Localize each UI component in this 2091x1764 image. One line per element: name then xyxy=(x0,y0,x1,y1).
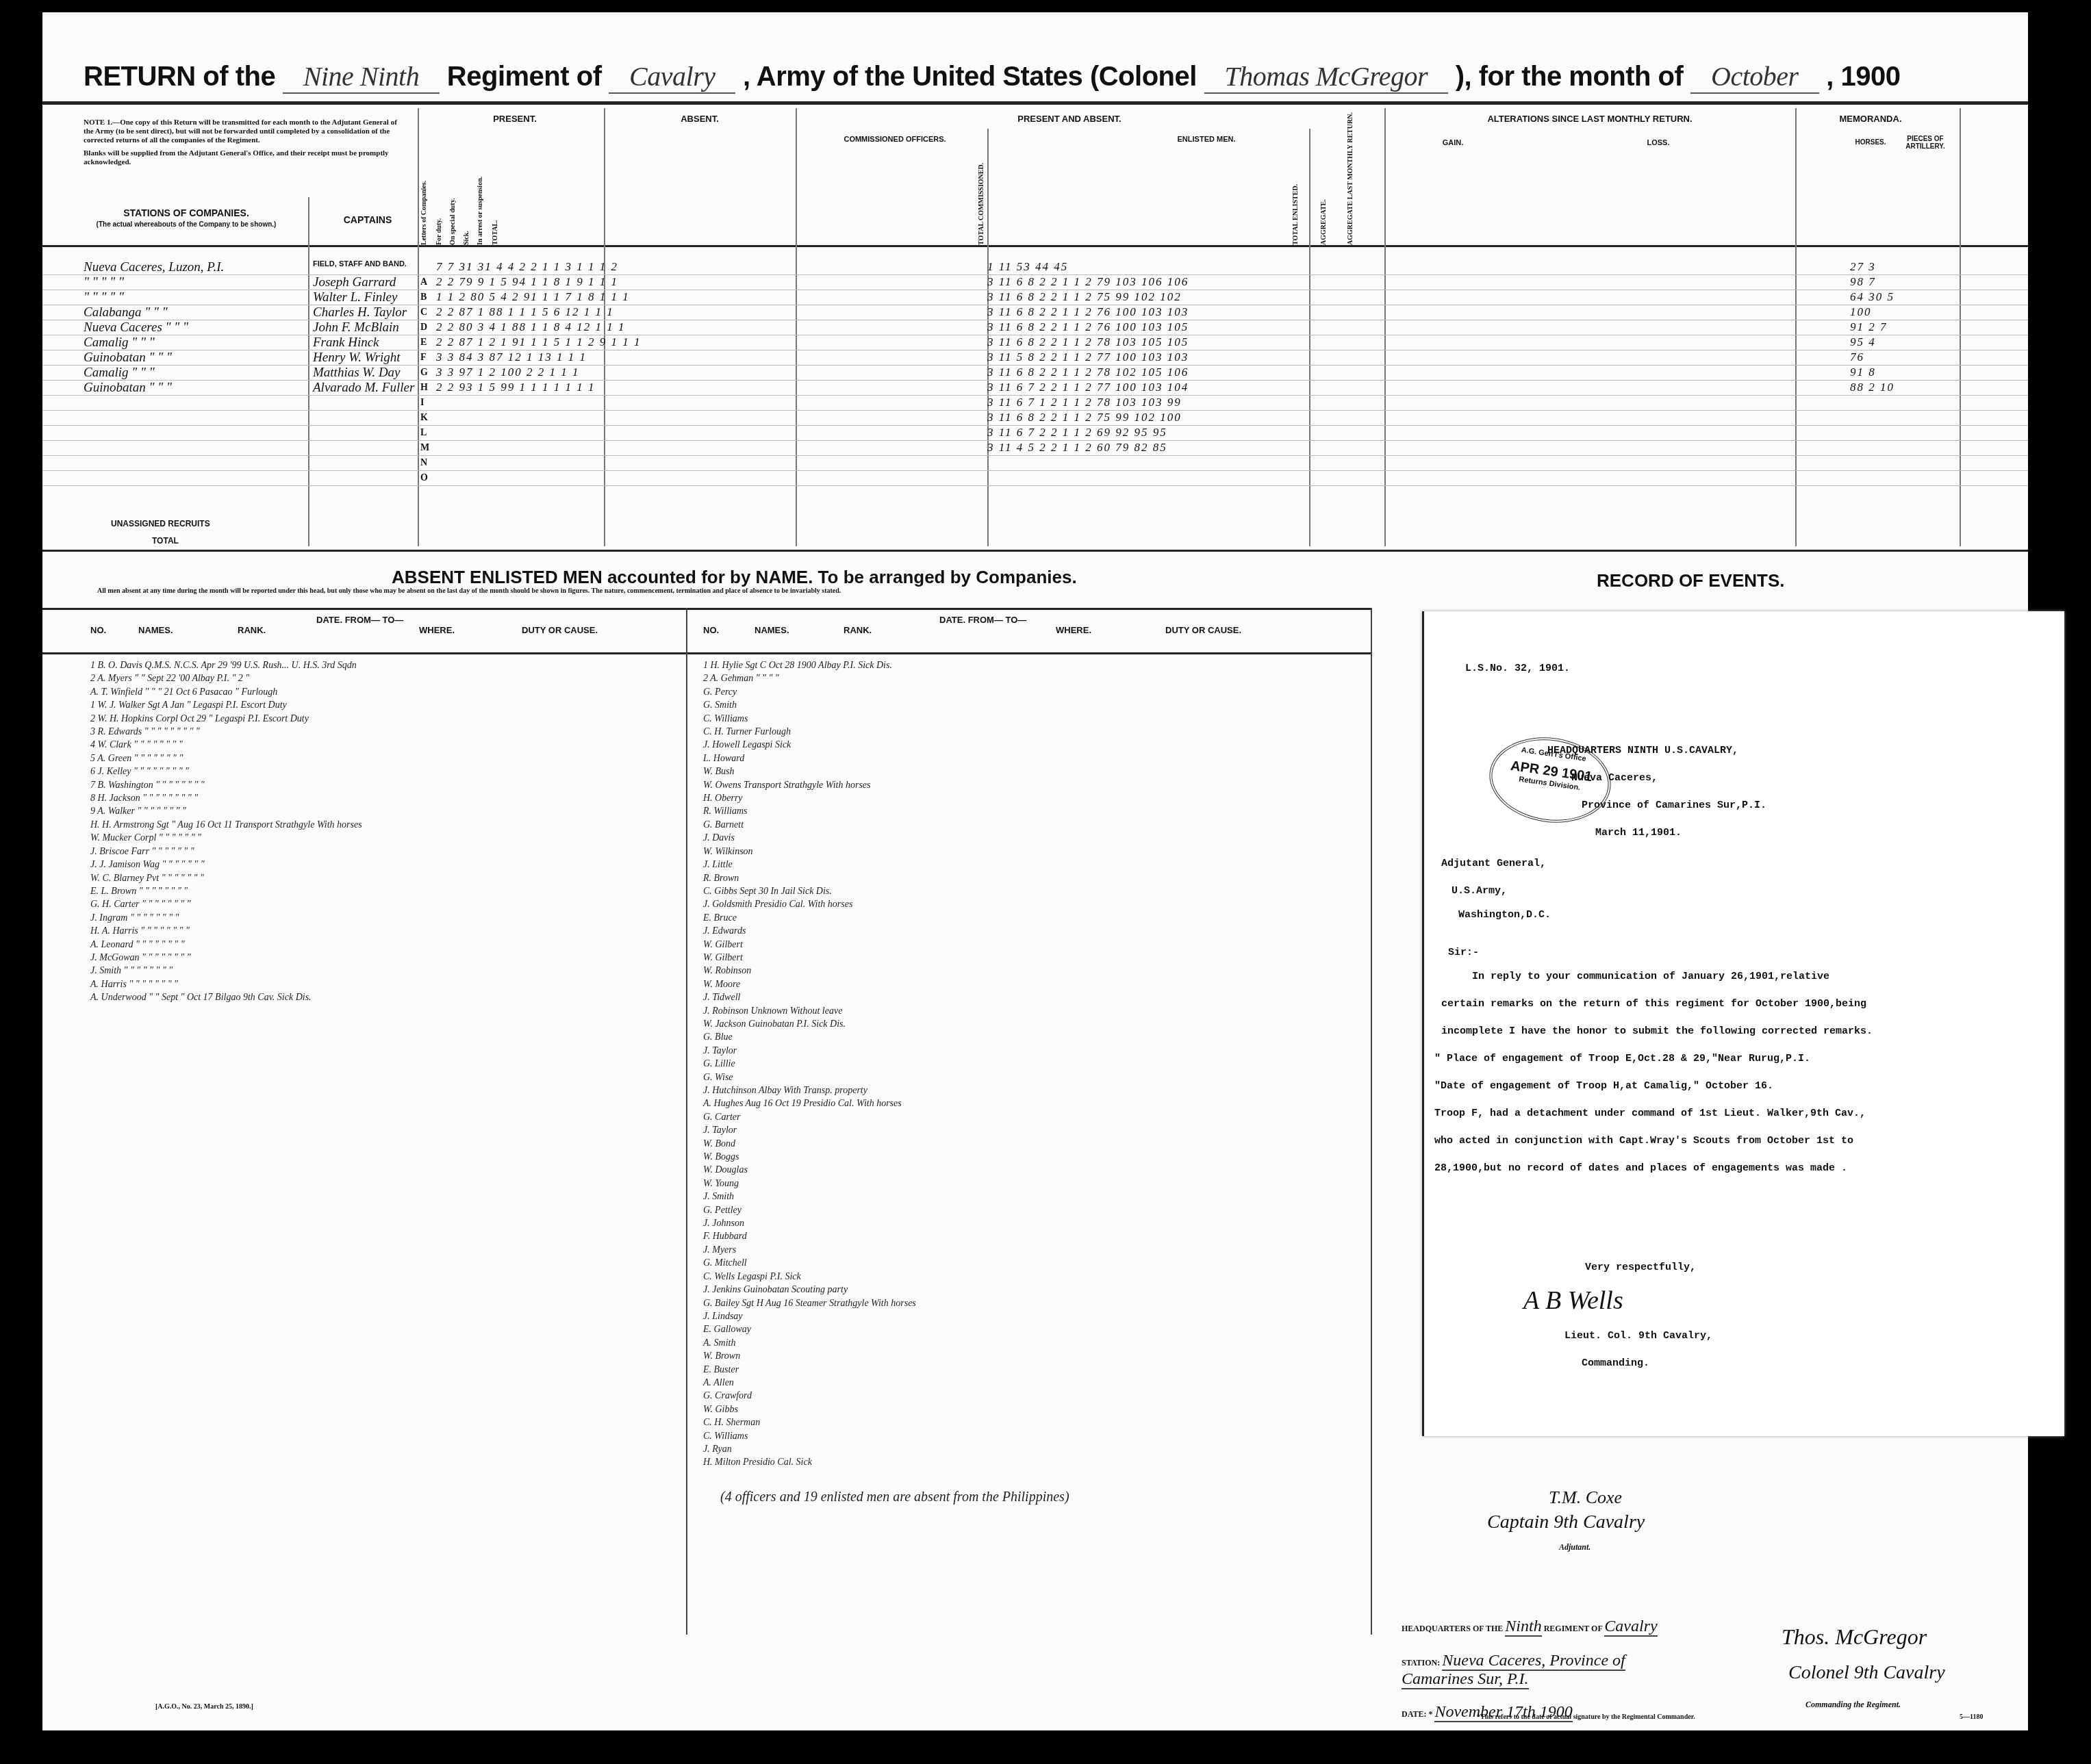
stations-subheader: (The actual whereabouts of the Company t… xyxy=(84,221,289,229)
company-station: Nueva Caceres " " " xyxy=(84,320,188,335)
column-divider xyxy=(418,108,419,546)
absent-entry: 8 H. Jackson " " " " " " " " " xyxy=(90,792,362,805)
absent-entry: 2 W. H. Hopkins Corpl Oct 29 " Legaspi P… xyxy=(90,713,362,726)
correction-letter: L.S.No. 32, 1901. A.G. Gen'l's Office AP… xyxy=(1422,611,2064,1436)
absent-entry: A. Hughes Aug 16 Oct 19 Presidio Cal. Wi… xyxy=(703,1097,916,1110)
company-aggregate-figures: 3 11 6 8 2 2 1 1 2 75 99 102 100 xyxy=(987,411,1182,424)
footnote: *This refers to the date of actual signa… xyxy=(1477,1713,1695,1721)
title-regiment-of: Regiment of xyxy=(447,62,602,92)
letter-body-7: who acted in conjunction with Capt.Wray'… xyxy=(1434,1135,1853,1147)
absent-entry: 7 B. Washington " " " " " " " " xyxy=(90,779,362,792)
absent-entry: J. J. Jamison Wag " " " " " " " xyxy=(90,858,362,871)
absent-page-divider xyxy=(1371,608,1372,1635)
adjutant-label: Adjutant. xyxy=(1559,1542,1591,1552)
letter-signature: A B Wells xyxy=(1523,1286,1623,1316)
absent-entry: C. Gibbs Sept 30 In Jail Sick Dis. xyxy=(703,885,916,898)
alterations-header: ALTERATIONS SINCE LAST MONTHLY RETURN. xyxy=(1384,114,1795,124)
total-commissioned-header: TOTAL COMMISSIONED. xyxy=(978,170,985,245)
absent-entry: G. Barnett xyxy=(703,819,916,832)
totals-rule xyxy=(42,550,2028,552)
absent-entry: 1 W. J. Walker Sgt A Jan " Legaspi P.I. … xyxy=(90,699,362,712)
absent-entry: G. Pettley xyxy=(703,1204,916,1217)
stations-header: STATIONS OF COMPANIES. xyxy=(84,207,289,218)
absent-entry: H. A. Harris " " " " " " " " xyxy=(90,925,362,938)
col-date: DATE. FROM— TO— xyxy=(316,615,403,625)
commissioned-officers-header: COMMISSIONED OFFICERS. xyxy=(802,136,987,144)
letter-province: Province of Camarines Sur,P.I. xyxy=(1582,800,1766,811)
absent-entry: F. Hubbard xyxy=(703,1230,916,1243)
company-present-absent-figures: 1 1 2 80 5 4 2 91 1 1 7 1 8 1 1 1 xyxy=(436,290,630,304)
header-rule xyxy=(42,101,2028,105)
commanding-label: Commanding the Regiment. xyxy=(1805,1700,1901,1710)
absent-entry: 4 W. Clark " " " " " " " " xyxy=(90,739,362,752)
title-for-month: ), for the month of xyxy=(1456,62,1684,92)
company-letter: G xyxy=(420,368,428,379)
company-aggregate-figures: 3 11 6 7 2 2 1 1 2 77 100 103 104 xyxy=(987,381,1189,394)
letter-body-6: Troop F, had a detachment under command … xyxy=(1434,1108,1866,1119)
absent-columns-rule xyxy=(42,652,1371,654)
company-present-absent-figures: 2 2 87 1 2 1 91 1 1 5 1 1 2 9 1 1 1 xyxy=(436,335,642,349)
absent-entry: J. Myers xyxy=(703,1244,916,1257)
letter-date: March 11,1901. xyxy=(1595,827,1682,839)
title-prefix: RETURN of the xyxy=(84,62,275,92)
absent-entry: G. Mitchell xyxy=(703,1257,916,1270)
absent-entry: G. H. Carter " " " " " " " " xyxy=(90,898,362,911)
letters-header: Letters of Companies. xyxy=(420,163,428,245)
company-present-absent-figures: 2 2 87 1 88 1 1 1 5 6 12 1 1 1 xyxy=(436,305,614,319)
letter-body-5: "Date of engagement of Troop H,at Camali… xyxy=(1434,1080,1773,1092)
horses-figures: 76 xyxy=(1850,350,1864,364)
absent-entry: A. Harris " " " " " " " " xyxy=(90,978,362,991)
absent-entry: W. Young xyxy=(703,1177,916,1190)
company-aggregate-figures: 3 11 5 8 2 2 1 1 2 77 100 103 103 xyxy=(987,350,1189,364)
company-station: " " " " " xyxy=(84,290,124,305)
col-date-2: DATE. FROM— TO— xyxy=(939,615,1026,625)
absent-entry: A. Smith xyxy=(703,1337,916,1350)
absent-entry: R. Brown xyxy=(703,872,916,885)
hq-label: HEADQUARTERS OF THE xyxy=(1402,1624,1503,1633)
col-no: NO. xyxy=(90,625,106,635)
absent-entry: W. Douglas xyxy=(703,1164,916,1177)
company-aggregate-figures: 3 11 6 7 2 2 1 1 2 69 92 95 95 xyxy=(987,426,1167,439)
company-station: Nueva Caceres, Luzon, P.I. xyxy=(84,260,224,275)
note-2: Blanks will be supplied from the Adjutan… xyxy=(84,149,405,167)
company-present-absent-figures: 2 2 80 3 4 1 88 1 1 8 4 12 1 1 1 xyxy=(436,320,626,334)
absent-entry: W. Owens Transport Strathgyle With horse… xyxy=(703,779,916,792)
company-present-absent-figures: 7 7 31 31 4 4 2 2 1 1 3 1 1 1 2 xyxy=(436,260,618,274)
absent-entry: L. Howard xyxy=(703,752,916,765)
absent-entry: C. Williams xyxy=(703,713,916,726)
total-label: TOTAL xyxy=(152,536,179,546)
horses-figures: 91 8 xyxy=(1850,366,1876,379)
company-letter: M xyxy=(420,443,429,454)
absent-entry: J. Edwards xyxy=(703,925,916,938)
absent-entry: G. Carter xyxy=(703,1111,916,1124)
absent-entry: J. Tidwell xyxy=(703,991,916,1004)
company-station: Guinobatan " " " xyxy=(84,350,172,366)
absent-entry: G. Blue xyxy=(703,1031,916,1044)
absent-entry: J. Briscoe Farr " " " " " " " xyxy=(90,845,362,858)
company-station: Camalig " " " xyxy=(84,335,155,350)
company-letter: L xyxy=(420,428,427,439)
col-rank: RANK. xyxy=(238,625,266,635)
company-captain: Charles H. Taylor xyxy=(313,305,407,320)
absent-entry: W. Gilbert xyxy=(703,951,916,964)
absent-entry: A. Allen xyxy=(703,1377,916,1390)
company-aggregate-figures: 3 11 6 8 2 2 1 1 2 75 99 102 102 xyxy=(987,290,1182,304)
form-title: RETURN of the Nine Ninth Regiment of Cav… xyxy=(84,60,1900,94)
company-aggregate-figures: 3 11 4 5 2 2 1 1 2 60 79 82 85 xyxy=(987,441,1167,455)
horses-header: HORSES. xyxy=(1843,139,1898,146)
absent-header: ABSENT. xyxy=(604,114,796,124)
company-captain: Matthias W. Day xyxy=(313,366,401,381)
company-station: " " " " " xyxy=(84,275,124,290)
absent-list-left: 1 B. O. Davis Q.M.S. N.C.S. Apr 29 '99 U… xyxy=(90,659,362,1005)
company-captain: Henry W. Wright xyxy=(313,350,401,366)
absent-entry: G. Crawford xyxy=(703,1390,916,1403)
company-letter: N xyxy=(420,458,427,469)
absent-entry: J. Taylor xyxy=(703,1124,916,1137)
colonel-field: Thomas McGregor xyxy=(1204,60,1449,94)
arm-field: Cavalry xyxy=(609,60,735,94)
hq-regiment-of: REGIMENT OF xyxy=(1544,1624,1603,1633)
horses-figures: 100 xyxy=(1850,305,1872,319)
absent-entry: J. Little xyxy=(703,858,916,871)
absent-note: (4 officers and 19 enlisted men are abse… xyxy=(720,1491,1069,1504)
absent-entry: 1 B. O. Davis Q.M.S. N.C.S. Apr 29 '99 U… xyxy=(90,659,362,672)
company-station: Calabanga " " " xyxy=(84,305,168,320)
column-divider xyxy=(1309,129,1310,546)
absent-entry: C. Williams xyxy=(703,1430,916,1443)
table-header-rule xyxy=(42,245,2028,247)
absent-entry: C. H. Sherman xyxy=(703,1416,916,1429)
absent-entry: J. Robinson Unknown Without leave xyxy=(703,1005,916,1018)
hq-line: HEADQUARTERS OF THE Ninth REGIMENT OF Ca… xyxy=(1402,1618,1658,1636)
colonel-signature: Thos. McGregor xyxy=(1782,1624,1927,1650)
absent-entry: 2 A. Myers " " Sept 22 '00 Albay P.I. " … xyxy=(90,672,362,685)
company-captain: John F. McBlain xyxy=(313,320,399,335)
absent-entry: G. Bailey Sgt H Aug 16 Steamer Strathgyl… xyxy=(703,1297,916,1310)
return-form-sheet: RETURN of the Nine Ninth Regiment of Cav… xyxy=(42,12,2028,1730)
title-year: , 1900 xyxy=(1826,62,1900,92)
column-divider xyxy=(1795,108,1797,546)
present-and-absent-header: PRESENT AND ABSENT. xyxy=(796,114,1343,124)
station-label: STATION: xyxy=(1402,1658,1440,1667)
company-letter: H xyxy=(420,383,428,394)
company-letter: D xyxy=(420,322,427,333)
letter-body-4: " Place of engagement of Troop E,Oct.28 … xyxy=(1434,1053,1810,1064)
absent-entry: J. Smith xyxy=(703,1190,916,1203)
absent-entry: 2 A. Gehman " " " " xyxy=(703,672,916,685)
unassigned-recruits-label: UNASSIGNED RECRUITS xyxy=(111,519,210,528)
present-header: PRESENT. xyxy=(426,114,604,124)
company-aggregate-figures: 3 11 6 7 1 2 1 1 2 78 103 103 99 xyxy=(987,396,1182,409)
company-captain: Walter L. Finley xyxy=(313,290,397,305)
record-of-events-title: RECORD OF EVENTS. xyxy=(1597,570,1784,591)
absent-entry: A. T. Winfield " " " 21 Oct 6 Pasacao " … xyxy=(90,686,362,699)
absent-entry: 9 A. Walker " " " " " " " " xyxy=(90,805,362,818)
row-rule xyxy=(42,485,2028,486)
absent-entry: W. Gilbert xyxy=(703,938,916,951)
absent-entry: W. Wilkinson xyxy=(703,845,916,858)
absent-entry: J. Taylor xyxy=(703,1045,916,1058)
artillery-header: PIECES OF ARTILLERY. xyxy=(1898,136,1953,151)
horses-figures: 98 7 xyxy=(1850,275,1876,289)
column-divider xyxy=(1384,108,1386,546)
horses-figures: 91 2 7 xyxy=(1850,320,1888,334)
absent-entry: H. Milton Presidio Cal. Sick xyxy=(703,1456,916,1469)
absent-entry: 6 J. Kelley " " " " " " " " " xyxy=(90,765,362,778)
row-rule xyxy=(42,470,2028,471)
sick-header: Sick. xyxy=(463,218,470,245)
absent-entry: E. L. Brown " " " " " " " " xyxy=(90,885,362,898)
absent-entry: H. Oberry xyxy=(703,792,916,805)
aggregate-header: AGGREGATE. xyxy=(1320,204,1328,245)
absent-entry: J. Howell Legaspi Sick xyxy=(703,739,916,752)
absent-entry: J. Johnson xyxy=(703,1217,916,1230)
memoranda-header: MEMORANDA. xyxy=(1802,114,1939,124)
letter-body-3: incomplete I have the honor to submit th… xyxy=(1441,1025,1873,1037)
special-duty-header: On special duty. xyxy=(449,177,457,245)
absent-section-title: ABSENT ENLISTED MEN accounted for by NAM… xyxy=(392,567,1077,588)
absent-entry: J. Smith " " " " " " " " xyxy=(90,964,362,977)
absent-header-rule xyxy=(42,608,1371,610)
absent-entry: C. Wells Legaspi P.I. Sick xyxy=(703,1270,916,1283)
absent-list-right: 1 H. Hylie Sgt C Oct 28 1900 Albay P.I. … xyxy=(703,659,916,1470)
absent-entry: W. Gibbs xyxy=(703,1403,916,1416)
company-letter: I xyxy=(420,398,424,409)
absent-entry: W. Bush xyxy=(703,765,916,778)
company-captain: Frank Hinck xyxy=(313,335,379,350)
absent-entry: J. Davis xyxy=(703,832,916,845)
company-captain: Alvarado M. Fuller xyxy=(313,381,414,396)
column-divider xyxy=(1960,108,1961,546)
date-label: DATE: * xyxy=(1402,1709,1432,1719)
company-letter: O xyxy=(420,473,428,484)
hq-regiment-field: Ninth xyxy=(1505,1618,1541,1637)
absent-entry: A. Underwood " " Sept " Oct 17 Bilgao 9t… xyxy=(90,991,362,1004)
column-divider xyxy=(796,108,797,546)
absent-entry: J. Hutchinson Albay With Transp. propert… xyxy=(703,1084,916,1097)
absent-entry: 3 R. Edwards " " " " " " " " " xyxy=(90,726,362,739)
company-present-absent-figures: 3 3 84 3 87 12 1 13 1 1 1 xyxy=(436,350,587,364)
for-duty-header: For duty. xyxy=(435,190,443,245)
company-aggregate-figures: 3 11 6 8 2 2 1 1 2 79 103 106 106 xyxy=(987,275,1189,289)
adjutant-signature: T.M. Coxe xyxy=(1549,1487,1622,1508)
letter-signer-title: Lieut. Col. 9th Cavalry, xyxy=(1564,1330,1712,1342)
form-number: 5—1180 xyxy=(1960,1713,1983,1721)
form-note: NOTE 1.—One copy of this Return will be … xyxy=(84,118,405,167)
absent-entry: W. Brown xyxy=(703,1350,916,1363)
absent-entry: W. Jackson Guinobatan P.I. Sick Dis. xyxy=(703,1018,916,1031)
letter-body-1: In reply to your communication of Januar… xyxy=(1472,971,1829,982)
absent-entry: W. Mucker Corpl " " " " " " " xyxy=(90,832,362,845)
absent-entry: E. Buster xyxy=(703,1364,916,1377)
absent-entry: E. Galloway xyxy=(703,1323,916,1336)
note-1: NOTE 1.—One copy of this Return will be … xyxy=(84,118,405,145)
absent-entry: G. Lillie xyxy=(703,1058,916,1071)
absent-entry: J. Ryan xyxy=(703,1443,916,1456)
col-where-2: WHERE. xyxy=(1056,625,1091,635)
adjutant-title-handwritten: Captain 9th Cavalry xyxy=(1487,1511,1645,1533)
horses-figures: 95 4 xyxy=(1850,335,1876,349)
horses-figures: 88 2 10 xyxy=(1850,381,1894,394)
company-aggregate-figures: 3 11 6 8 2 2 1 1 2 78 102 105 106 xyxy=(987,366,1189,379)
company-aggregate-figures: 3 11 6 8 2 2 1 1 2 76 100 103 103 xyxy=(987,305,1189,319)
absent-entry: W. Bond xyxy=(703,1138,916,1151)
month-field: October xyxy=(1690,60,1819,94)
company-captain: FIELD, STAFF AND BAND. xyxy=(313,260,407,268)
absent-entry: 5 A. Green " " " " " " " " xyxy=(90,752,362,765)
col-no-2: NO. xyxy=(703,625,719,635)
absent-entry: H. H. Armstrong Sgt " Aug 16 Oct 11 Tran… xyxy=(90,819,362,832)
station-line: STATION: Nueva Caceres, Province of Cama… xyxy=(1402,1652,1689,1689)
absent-page-divider xyxy=(686,608,687,1635)
gain-header: GAIN. xyxy=(1384,139,1521,147)
colonel-title-handwritten: Colonel 9th Cavalry xyxy=(1788,1662,1945,1684)
letter-addressee-2: U.S.Army, xyxy=(1452,885,1507,897)
company-letter: E xyxy=(420,337,427,348)
regiment-number-field: Nine Ninth xyxy=(283,60,440,94)
absent-entry: J. Goldsmith Presidio Cal. With horses xyxy=(703,898,916,911)
absent-entry: J. McGowan " " " " " " " " xyxy=(90,951,362,964)
absent-entry: W. Boggs xyxy=(703,1151,916,1164)
absent-entry: W. C. Blarney Pvt " " " " " " " xyxy=(90,872,362,885)
absent-entry: G. Smith xyxy=(703,699,916,712)
hq-arm-field: Cavalry xyxy=(1604,1618,1657,1637)
company-letter: A xyxy=(420,277,427,288)
row-rule xyxy=(42,455,2028,456)
company-station: Guinobatan " " " xyxy=(84,381,172,396)
letter-signer-role: Commanding. xyxy=(1582,1357,1649,1369)
absent-entry: G. Percy xyxy=(703,686,916,699)
letter-body-8: 28,1900,but no record of dates and place… xyxy=(1434,1162,1847,1174)
absent-entry: J. Lindsay xyxy=(703,1310,916,1323)
enlisted-men-header: ENLISTED MEN. xyxy=(1015,136,1398,144)
absent-entry: G. Wise xyxy=(703,1071,916,1084)
company-aggregate-figures: 3 11 6 8 2 2 1 1 2 76 100 103 105 xyxy=(987,320,1189,334)
company-letter: B xyxy=(420,292,427,303)
company-letter: C xyxy=(420,307,427,318)
absent-entry: W. Moore xyxy=(703,978,916,991)
company-station: Camalig " " " xyxy=(84,366,155,381)
company-letter: K xyxy=(420,413,428,424)
total-header: TOTAL. xyxy=(492,211,499,245)
captains-header: CAPTAINS xyxy=(309,214,426,225)
col-names: NAMES. xyxy=(138,625,173,635)
letter-addressee-3: Washington,D.C. xyxy=(1458,909,1551,921)
arrest-header: In arrest or suspension. xyxy=(477,163,484,245)
col-rank-2: RANK. xyxy=(844,625,872,635)
ago-reference: [A.G.O., No. 23, March 25, 1890.] xyxy=(155,1703,253,1711)
absent-section-subtitle: All men absent at any time during the mo… xyxy=(97,587,841,595)
company-present-absent-figures: 2 2 93 1 5 99 1 1 1 1 1 1 1 xyxy=(436,381,596,394)
letter-body-2: certain remarks on the return of this re… xyxy=(1441,998,1866,1010)
absent-entry: E. Bruce xyxy=(703,912,916,925)
col-duty: DUTY OR CAUSE. xyxy=(522,625,598,635)
company-captain: Joseph Garrard xyxy=(313,275,396,290)
aggregate-last-header: AGGREGATE LAST MONTHLY RETURN. xyxy=(1347,163,1354,245)
company-present-absent-figures: 3 3 97 1 2 100 2 2 1 1 1 xyxy=(436,366,580,379)
col-names-2: NAMES. xyxy=(755,625,789,635)
absent-entry: A. Leonard " " " " " " " " xyxy=(90,938,362,951)
letter-addressee-1: Adjutant General, xyxy=(1441,858,1546,869)
total-enlisted-header: TOTAL ENLISTED. xyxy=(1292,190,1300,245)
title-army-of: , Army of the United States (Colonel xyxy=(743,62,1197,92)
col-where: WHERE. xyxy=(419,625,455,635)
absent-entry: R. Williams xyxy=(703,805,916,818)
company-letter: F xyxy=(420,353,427,363)
column-divider xyxy=(308,197,309,546)
company-aggregate-figures: 1 11 53 44 45 xyxy=(987,260,1068,274)
absent-entry: W. Robinson xyxy=(703,964,916,977)
absent-entry: 1 H. Hylie Sgt C Oct 28 1900 Albay P.I. … xyxy=(703,659,916,672)
letter-city: Nueva Caceres, xyxy=(1571,772,1658,784)
company-aggregate-figures: 3 11 6 8 2 2 1 1 2 78 103 105 105 xyxy=(987,335,1189,349)
ls-number: L.S.No. 32, 1901. xyxy=(1465,663,1570,674)
absent-entry: J. Jenkins Guinobatan Scouting party xyxy=(703,1283,916,1296)
letter-closing: Very respectfully, xyxy=(1585,1262,1696,1273)
company-present-absent-figures: 2 2 79 9 1 5 94 1 1 8 1 9 1 1 1 xyxy=(436,275,618,289)
horses-figures: 64 30 5 xyxy=(1850,290,1894,304)
letter-hq: HEADQUARTERS NINTH U.S.CAVALRY, xyxy=(1547,745,1738,756)
col-duty-2: DUTY OR CAUSE. xyxy=(1165,625,1241,635)
loss-header: LOSS. xyxy=(1528,139,1788,147)
absent-entry: J. Ingram " " " " " " " " xyxy=(90,912,362,925)
letter-salutation: Sir:- xyxy=(1448,947,1479,958)
absent-entry: C. H. Turner Furlough xyxy=(703,726,916,739)
horses-figures: 27 3 xyxy=(1850,260,1876,274)
